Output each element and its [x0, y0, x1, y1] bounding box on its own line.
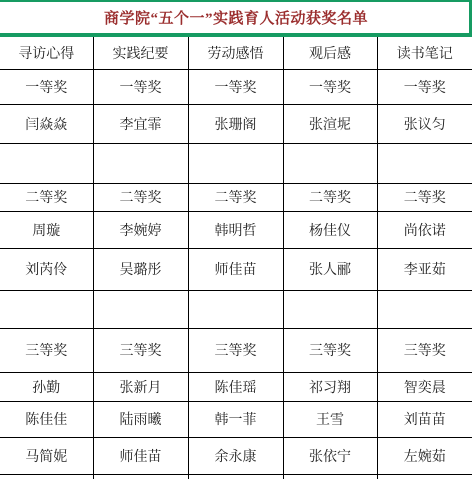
table-cell: 陆雨曦 [93, 401, 188, 437]
table-cell: 三等奖 [0, 328, 93, 372]
table-cell: 李宜霏 [93, 104, 188, 143]
table-cell: 左婉茹 [377, 437, 472, 474]
column-header: 观后感 [283, 37, 377, 69]
table-cell: 刘芮伶 [0, 248, 93, 290]
table-cell: 余永康 [188, 437, 283, 474]
table-row: 马简妮 师佳苗 余永康 张依宁 左婉茹 [0, 437, 472, 474]
table-cell [377, 143, 472, 183]
table-cell: 二等奖 [188, 183, 283, 211]
table-row: 二等奖 二等奖 二等奖 二等奖 二等奖 [0, 183, 472, 211]
table-cell: 智奕晨 [377, 372, 472, 401]
table-row: 周璇 李婉婷 韩明哲 杨佳仪 尚依诺 [0, 211, 472, 248]
page-title: 商学院“五个一”实践育人活动获奖名单 [0, 2, 472, 33]
table-cell: 二等奖 [93, 183, 188, 211]
table-cell: 李婉婷 [93, 211, 188, 248]
table-cell: 杨佳仪 [283, 211, 377, 248]
table-cell: 三等奖 [377, 328, 472, 372]
table-cell: 闫焱焱 [0, 104, 93, 143]
table-row: 陈佳佳 陆雨曦 韩一菲 王雪 刘苗苗 [0, 401, 472, 437]
table-cell: 一等奖 [93, 69, 188, 104]
column-header: 寻访心得 [0, 37, 93, 69]
table-cell: 尚依诺 [377, 211, 472, 248]
table-cell: 孙勤 [0, 372, 93, 401]
table-row [0, 143, 472, 183]
table-cell: 张渲坭 [283, 104, 377, 143]
table-cell: 张人郦 [283, 248, 377, 290]
table-cell [188, 143, 283, 183]
column-line-stub [377, 475, 378, 479]
table-cell: 李亚茹 [377, 248, 472, 290]
table-row: 一等奖 一等奖 一等奖 一等奖 一等奖 [0, 69, 472, 104]
column-line-stub [93, 475, 94, 479]
table-header-row: 寻访心得 实践纪要 劳动感悟 观后感 读书笔记 [0, 37, 472, 69]
table-cell [188, 290, 283, 328]
table-row: 刘芮伶 吴璐彤 师佳苗 张人郦 李亚茹 [0, 248, 472, 290]
table-cell: 二等奖 [283, 183, 377, 211]
table-cell: 韩一菲 [188, 401, 283, 437]
table-cell: 三等奖 [188, 328, 283, 372]
table-cell: 刘苗苗 [377, 401, 472, 437]
table-cell: 一等奖 [283, 69, 377, 104]
table-cell: 吴璐彤 [93, 248, 188, 290]
table-cell: 二等奖 [377, 183, 472, 211]
table-row: 闫焱焱 李宜霏 张珊阁 张渲坭 张议匀 [0, 104, 472, 143]
column-line-stub [283, 475, 284, 479]
table-cell: 一等奖 [188, 69, 283, 104]
table-cell: 王雪 [283, 401, 377, 437]
table-cell: 一等奖 [0, 69, 93, 104]
table-cell [283, 290, 377, 328]
table-cell: 三等奖 [93, 328, 188, 372]
table-cell: 陈佳佳 [0, 401, 93, 437]
table-cell: 周璇 [0, 211, 93, 248]
table-row: 三等奖 三等奖 三等奖 三等奖 三等奖 [0, 328, 472, 372]
table-cell: 三等奖 [283, 328, 377, 372]
column-header: 劳动感悟 [188, 37, 283, 69]
table-cell: 张依宁 [283, 437, 377, 474]
column-header: 实践纪要 [93, 37, 188, 69]
table-cell: 二等奖 [0, 183, 93, 211]
column-line-stub [188, 475, 189, 479]
table-cell [93, 143, 188, 183]
table-cell [377, 290, 472, 328]
table-cell [283, 143, 377, 183]
table-cell: 张新月 [93, 372, 188, 401]
table-row: 孙勤 张新月 陈佳瑶 祁习翔 智奕晨 [0, 372, 472, 401]
table-cell [0, 290, 93, 328]
table-cell [93, 290, 188, 328]
table-row [0, 290, 472, 328]
column-header: 读书笔记 [377, 37, 472, 69]
table-cell: 张议匀 [377, 104, 472, 143]
table-cell: 祁习翔 [283, 372, 377, 401]
table-cell: 师佳苗 [93, 437, 188, 474]
table-cell [0, 143, 93, 183]
table-cell: 张珊阁 [188, 104, 283, 143]
table-cell: 陈佳瑶 [188, 372, 283, 401]
table-cell: 马简妮 [0, 437, 93, 474]
table-cell: 一等奖 [377, 69, 472, 104]
award-table: 寻访心得 实践纪要 劳动感悟 观后感 读书笔记 一等奖 一等奖 一等奖 一等奖 … [0, 37, 472, 475]
table-cell: 师佳苗 [188, 248, 283, 290]
table-cell: 韩明哲 [188, 211, 283, 248]
